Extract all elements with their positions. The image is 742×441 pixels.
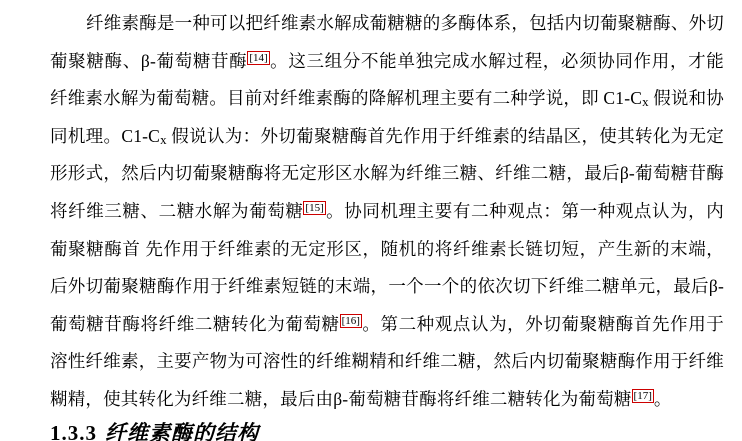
- text-segment: 葡萄糖苷酶将纤维二糖转化为葡萄糖: [50, 314, 340, 334]
- text-segment: 纤维素酶是一种可以把纤维素水解成葡糖糖的多酶体系，包括内切葡聚糖酶、外切: [86, 13, 724, 33]
- text-segment: 溶性纤维素，主要产物为可溶性的纤维糊精和纤维二糖，然后内切葡聚糖酶作用于纤维: [50, 351, 724, 371]
- text-segment: 形形式，然后内切葡聚糖酶将无定形区水解为纤维三糖、纤维二糖，最后β-葡萄糖苷酶: [50, 163, 724, 183]
- text-line: 纤维素酶是一种可以把纤维素水解成葡糖糖的多酶体系，包括内切葡聚糖酶、外切: [50, 5, 724, 43]
- citation-link-15[interactable]: [15]: [303, 201, 325, 215]
- text-segment: 糊精，使其转化为纤维二糖，最后由β-葡萄糖苷酶将纤维二糖转化为葡萄糖: [50, 389, 632, 409]
- text-line: 葡聚糖酶、β-葡萄糖苷酶[14]。这三组分不能单独完成水解过程，必须协同作用，才…: [50, 43, 724, 81]
- text-line: 将纤维三糖、二糖水解为葡萄糖[15]。协同机理主要有二种观点：第一种观点认为，内…: [50, 193, 724, 231]
- text-line: 纤维素水解为葡萄糖。目前对纤维素酶的降解机理主要有二种学说，即 C1-Cx 假说…: [50, 80, 724, 118]
- document-page: 纤维素酶是一种可以把纤维素水解成葡糖糖的多酶体系，包括内切葡聚糖酶、外切葡聚糖酶…: [0, 0, 742, 441]
- text-segment: 同机理。C1-C: [50, 126, 160, 146]
- text-segment: 假说认为：外切葡聚糖酶首先作用于纤维素的结晶区，使其转化为无定: [167, 126, 724, 146]
- section-heading: 1.3.3纤维素酶的结构: [50, 419, 259, 441]
- text-line: 葡萄糖苷酶将纤维二糖转化为葡萄糖[16]。第二种观点认为，外切葡聚糖酶首先作用于…: [50, 306, 724, 344]
- text-line: 同机理。C1-Cx 假说认为：外切葡聚糖酶首先作用于纤维素的结晶区，使其转化为无…: [50, 118, 724, 156]
- text-segment: 后外切葡聚糖酶作用于纤维素短链的末端，一个一个的依次切下纤维二糖单元，最后β-: [50, 276, 724, 296]
- section-heading-number: 1.3.3: [50, 421, 97, 441]
- citation-link-16[interactable]: [16]: [340, 314, 362, 328]
- text-line: 形形式，然后内切葡聚糖酶将无定形区水解为纤维三糖、纤维二糖，最后β-葡萄糖苷酶: [50, 155, 724, 193]
- section-heading-title: 纤维素酶的结构: [105, 421, 259, 441]
- body-paragraph: 纤维素酶是一种可以把纤维素水解成葡糖糖的多酶体系，包括内切葡聚糖酶、外切葡聚糖酶…: [50, 5, 724, 419]
- citation-link-14[interactable]: [14]: [247, 51, 269, 65]
- text-segment: 葡聚糖酶首 先作用于纤维素的无定形区，随机的将纤维素长链切短，产生新的末端，然: [50, 239, 724, 269]
- text-line: 糊精，使其转化为纤维二糖，最后由β-葡萄糖苷酶将纤维二糖转化为葡萄糖[17]。: [50, 381, 724, 419]
- citation-link-17[interactable]: [17]: [632, 389, 654, 403]
- text-line: 后外切葡聚糖酶作用于纤维素短链的末端，一个一个的依次切下纤维二糖单元，最后β-: [50, 268, 724, 306]
- text-segment: 将纤维三糖、二糖水解为葡萄糖: [50, 201, 303, 221]
- text-line: 溶性纤维素，主要产物为可溶性的纤维糊精和纤维二糖，然后内切葡聚糖酶作用于纤维: [50, 343, 724, 381]
- text-segment: 葡聚糖酶、β-葡萄糖苷酶: [50, 51, 247, 71]
- text-line: 葡聚糖酶首 先作用于纤维素的无定形区，随机的将纤维素长链切短，产生新的末端，然: [50, 231, 724, 269]
- text-segment: 假说和协: [649, 88, 724, 108]
- text-segment: 。: [654, 389, 672, 409]
- text-segment: 纤维素水解为葡萄糖。目前对纤维素酶的降解机理主要有二种学说，即 C1-C: [50, 88, 642, 108]
